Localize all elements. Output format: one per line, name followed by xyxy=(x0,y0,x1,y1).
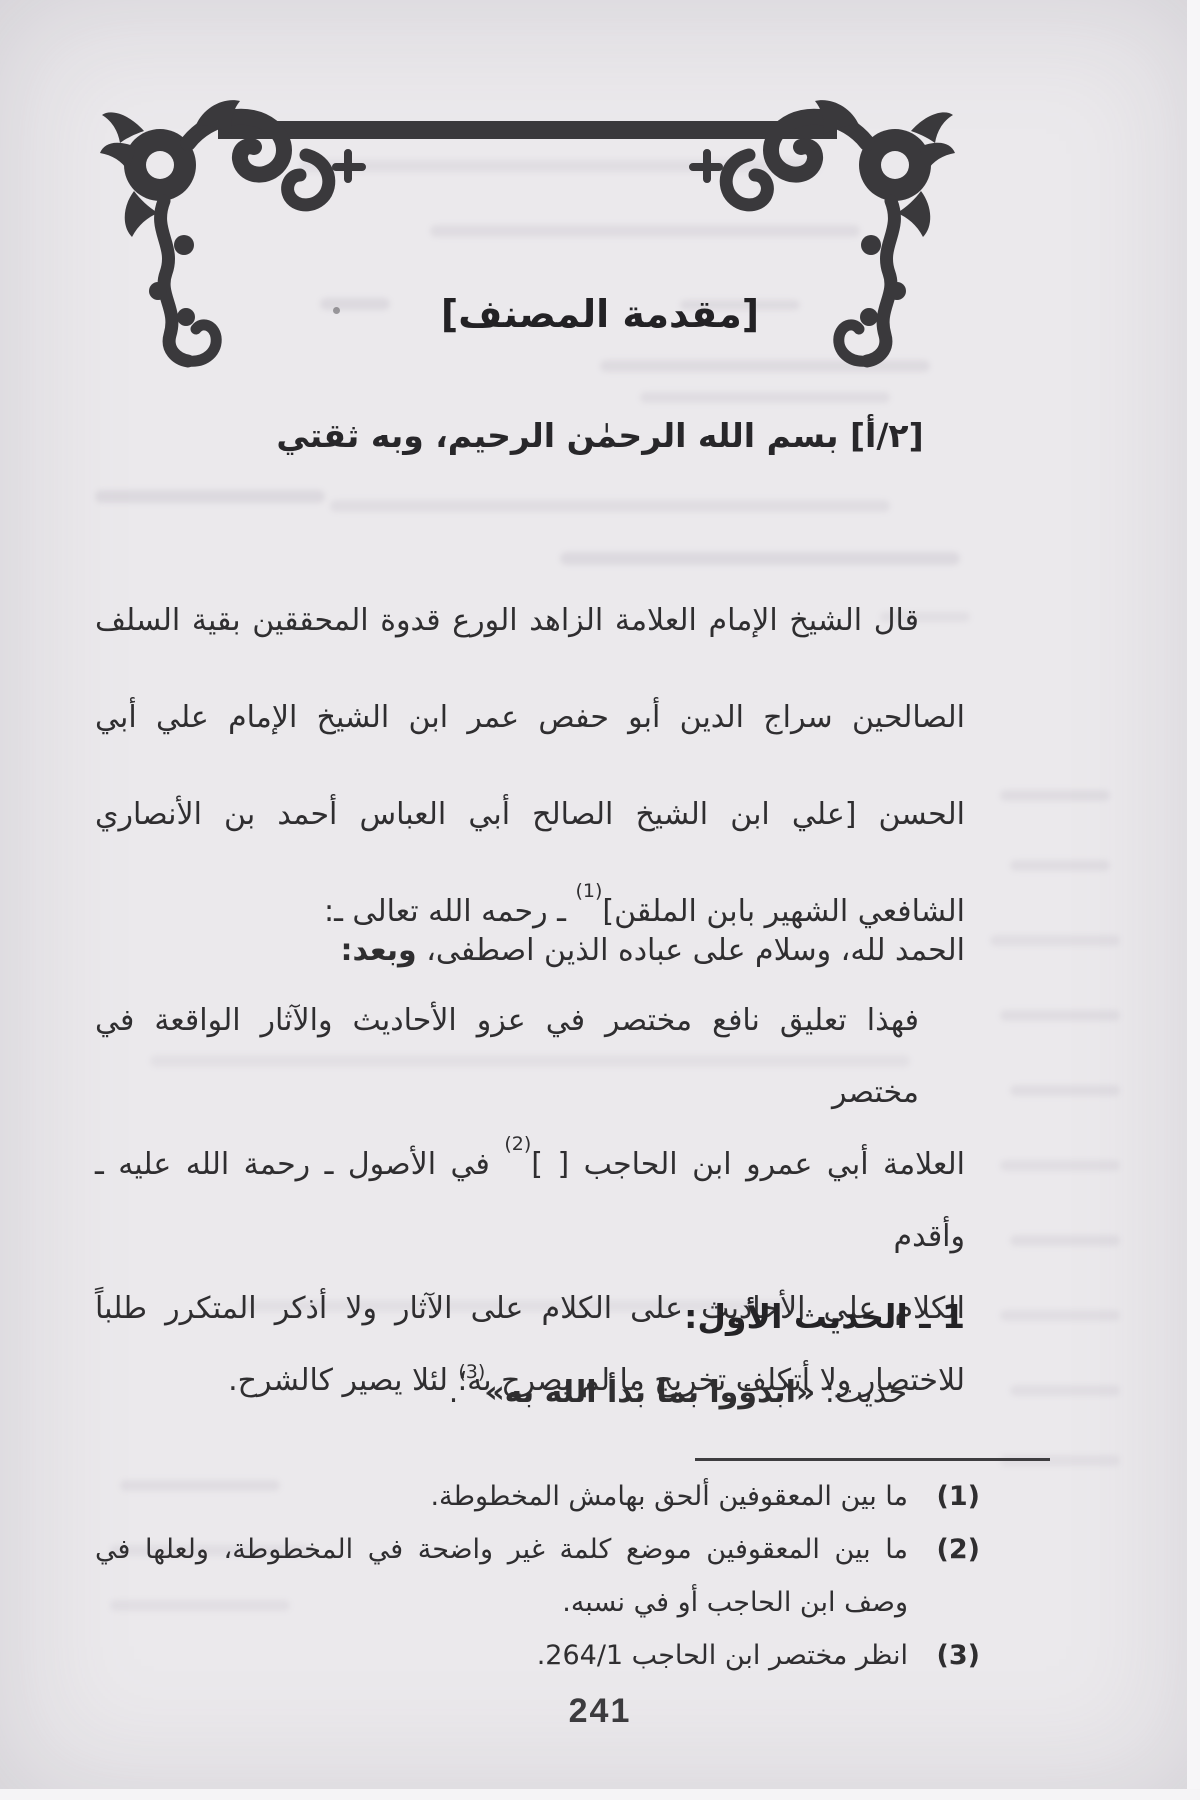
basmala-line: [٢/أ] بسم الله الرحمٰن الرحيم، وبه ثقتي xyxy=(0,416,1200,455)
ghost-line xyxy=(640,392,890,403)
body-text: العلامة أبي عمرو ابن الحاجب [ ] xyxy=(531,1147,965,1182)
footnotes-block: (1) ما بين المعقوفين ألحق بهامش المخطوطة… xyxy=(95,1470,980,1682)
footnote-text: ما بين المعقوفين ألحق بهامش المخطوطة. xyxy=(95,1470,908,1523)
body-line: فهذا تعليق نافع مختصر في عزو الأحاديث وا… xyxy=(95,985,965,1129)
footnote-item: (2) ما بين المعقوفين موضع كلمة غير واضحة… xyxy=(95,1523,980,1629)
hadith-label: حديث: xyxy=(815,1375,907,1410)
footnote-text: انظر مختصر ابن الحاجب 264/1. xyxy=(95,1629,908,1682)
footnote-marker: (2) xyxy=(922,1523,980,1629)
body-line: قال الشيخ الإمام العلامة الزاهد الورع قد… xyxy=(95,572,965,669)
hadith-line: حديث: «ابدؤوا بما بدأ الله به»(3). xyxy=(95,1368,965,1418)
footnote-ref-1: (1) xyxy=(575,880,602,902)
ghost-margin-mark xyxy=(1010,860,1110,871)
footnote-ref-2: (2) xyxy=(504,1133,531,1155)
ghost-margin-mark xyxy=(1000,1310,1120,1321)
body-text: الحمد لله، وسلام على عباده الذين اصطفى، xyxy=(417,933,965,968)
hadith-quote: «ابدؤوا بما بدأ الله به» xyxy=(485,1375,815,1410)
ghost-line xyxy=(95,490,325,503)
scanned-book-page: [مقدمة المصنف] [٢/أ] بسم الله الرحمٰن ال… xyxy=(0,0,1200,1800)
body-line: الحسن [علي ابن الشيخ الصالح أبي العباس أ… xyxy=(95,766,965,863)
hadith-terminator: . xyxy=(449,1375,459,1410)
footnote-separator-rule xyxy=(695,1458,1050,1461)
body-line: الصالحين سراج الدين أبو حفص عمر ابن الشي… xyxy=(95,669,965,766)
body-text: ـ رحمه الله تعالى ـ: xyxy=(324,894,575,929)
ghost-margin-mark xyxy=(1010,1385,1120,1396)
ghost-margin-mark xyxy=(1000,1010,1120,1021)
footnote-ref-3: (3) xyxy=(458,1361,485,1383)
ghost-margin-mark xyxy=(1000,1160,1120,1171)
footnote-marker: (3) xyxy=(922,1629,980,1682)
ghost-margin-mark xyxy=(1010,1085,1120,1096)
ghost-margin-mark xyxy=(1010,1235,1120,1246)
hadith-section-heading: 1 ـ الحديث الأول: xyxy=(95,1292,965,1342)
scan-edge-right xyxy=(1187,0,1200,1800)
body-text: الشافعي الشهير بابن الملقن] xyxy=(602,894,965,929)
section-title: [مقدمة المصنف] xyxy=(0,292,1200,336)
footnote-item: (1) ما بين المعقوفين ألحق بهامش المخطوطة… xyxy=(95,1470,980,1523)
ghost-margin-mark xyxy=(990,935,1120,946)
scan-edge-bottom xyxy=(0,1789,1200,1800)
body-text-bold: وبعد: xyxy=(341,933,417,968)
ghost-line xyxy=(560,552,960,565)
footnote-marker: (1) xyxy=(922,1470,980,1523)
ghost-line xyxy=(330,500,890,512)
hamdala-line: الحمد لله، وسلام على عباده الذين اصطفى، … xyxy=(95,930,965,972)
ghost-margin-mark xyxy=(1000,790,1110,801)
preface-paragraph: فهذا تعليق نافع مختصر في عزو الأحاديث وا… xyxy=(95,985,965,1417)
footnote-item: (3) انظر مختصر ابن الحاجب 264/1. xyxy=(95,1629,980,1682)
footnote-text: ما بين المعقوفين موضع كلمة غير واضحة في … xyxy=(95,1523,908,1629)
author-paragraph: قال الشيخ الإمام العلامة الزاهد الورع قد… xyxy=(95,572,965,960)
body-line: العلامة أبي عمرو ابن الحاجب [ ](2) في ال… xyxy=(95,1129,965,1273)
page-number: 241 xyxy=(0,1692,1200,1731)
